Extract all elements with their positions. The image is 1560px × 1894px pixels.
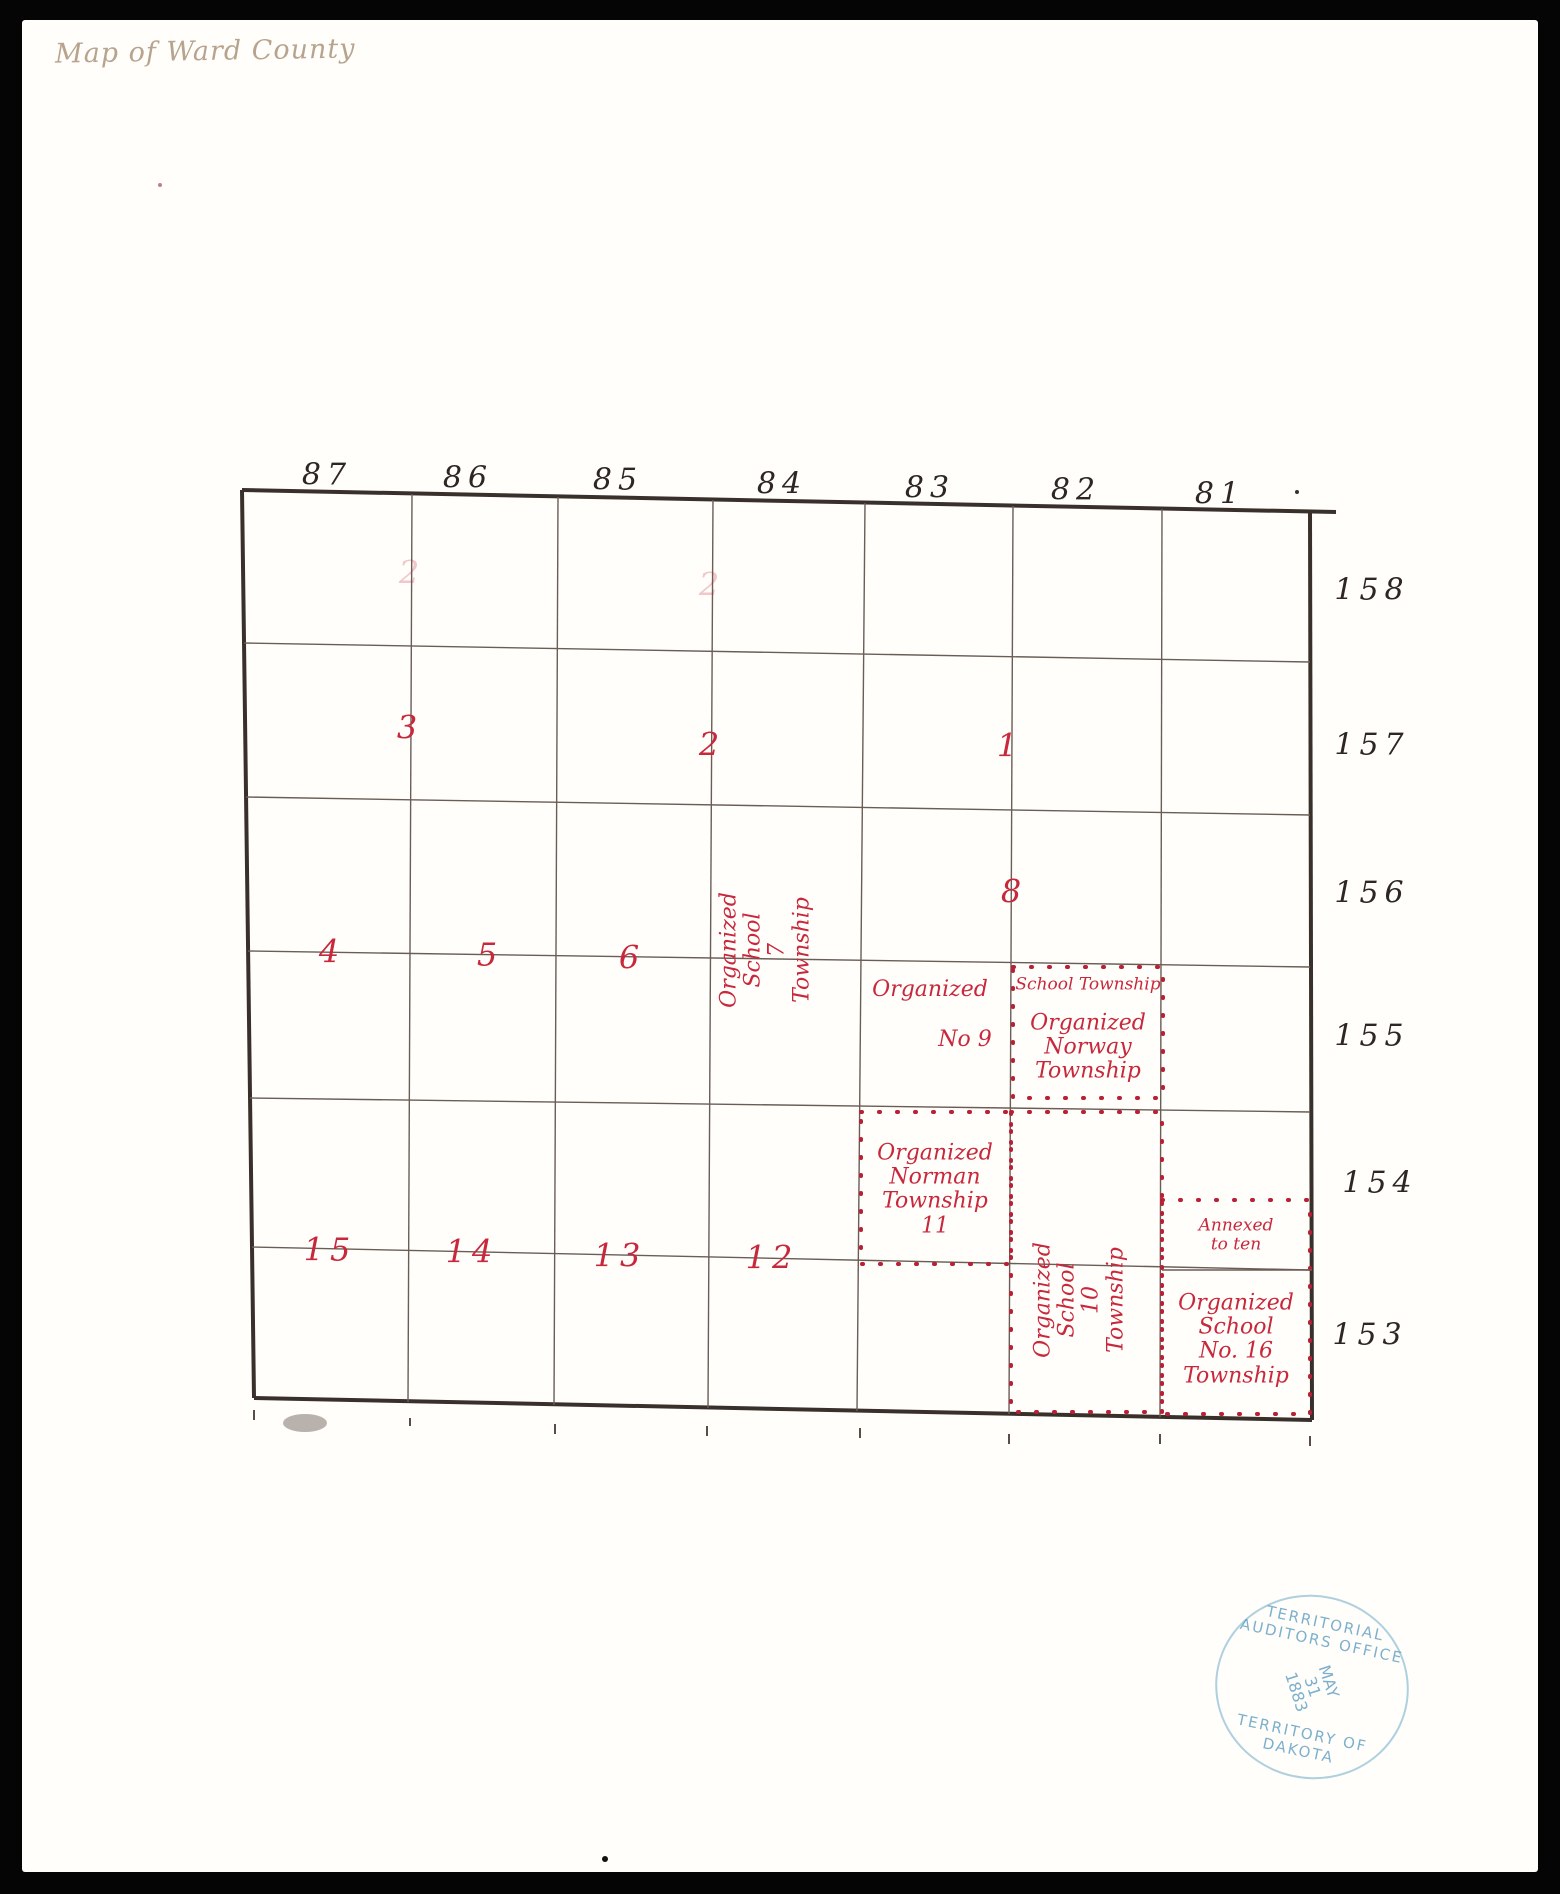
label-line: Township xyxy=(1104,1242,1128,1358)
range-label: 87 xyxy=(302,458,352,493)
grid-bottom-border xyxy=(254,1398,1312,1420)
township-label: 158 xyxy=(1334,573,1409,608)
school-township-label: School Township xyxy=(1015,976,1160,995)
school-10-label: Organized School 10 Township xyxy=(1032,1242,1129,1358)
district-number: 8 xyxy=(1001,874,1027,909)
school-7-label: Organized School 7 Township xyxy=(718,892,815,1008)
township-line xyxy=(244,643,1310,662)
label-line: Township xyxy=(1030,1060,1146,1084)
range-label: 83 xyxy=(905,471,955,506)
range-line xyxy=(857,503,865,1411)
grid-right-border xyxy=(1310,510,1312,1420)
label-line: School xyxy=(1178,1316,1294,1340)
range-label: 85 xyxy=(593,463,643,498)
school-9-line1: Organized xyxy=(872,978,988,1002)
township-label: 155 xyxy=(1334,1019,1409,1054)
township-label: 156 xyxy=(1334,876,1409,911)
label-line: 10 xyxy=(1080,1242,1104,1358)
range-label: 81 xyxy=(1195,477,1245,512)
label-line: School xyxy=(1056,1242,1080,1358)
township-label: 157 xyxy=(1334,728,1409,763)
range-line xyxy=(708,500,713,1408)
district-number: 14 xyxy=(446,1234,499,1269)
faint-district-mark: 2 xyxy=(699,567,725,602)
school-16-label: Organized School No. 16 Township xyxy=(1178,1292,1294,1389)
grid-left-border xyxy=(242,490,254,1398)
label-line: Organized xyxy=(718,892,742,1008)
district-number: 5 xyxy=(477,937,503,972)
stamp-date: MAY 31 1883 xyxy=(1282,1660,1343,1714)
label-line: School xyxy=(742,892,766,1008)
range-label: 84 xyxy=(757,467,807,502)
district-number: 12 xyxy=(746,1240,799,1275)
label-line: Organized xyxy=(877,1142,993,1166)
range-line xyxy=(554,497,558,1405)
school-9-line2: No 9 xyxy=(938,1028,992,1052)
label-line: Norman xyxy=(877,1166,993,1190)
township-line xyxy=(246,797,1310,815)
label-line: No. 16 xyxy=(1178,1340,1294,1364)
district-number: 15 xyxy=(304,1232,357,1267)
label-line: Annexed xyxy=(1199,1216,1274,1235)
district-number: 2 xyxy=(699,727,725,762)
range-line xyxy=(1160,509,1162,1417)
ink-smudge xyxy=(283,1414,327,1432)
label-line: Township xyxy=(790,892,814,1008)
district-number: 13 xyxy=(594,1238,647,1273)
label-line: Township xyxy=(1178,1364,1294,1388)
norway-township-label: Organized Norway Township xyxy=(1030,1012,1146,1085)
annexed-label: Annexed to ten xyxy=(1199,1216,1274,1253)
range-line xyxy=(408,494,412,1402)
label-line: Organized xyxy=(1032,1242,1056,1358)
faint-district-mark: 2 xyxy=(399,555,425,590)
district-number: 4 xyxy=(319,934,345,969)
range-label: 86 xyxy=(443,461,493,496)
label-line: 11 xyxy=(877,1214,993,1238)
label-line: Township xyxy=(877,1190,993,1214)
township-label: 154 xyxy=(1342,1166,1417,1201)
district-number: 3 xyxy=(397,710,423,745)
label-line: Organized xyxy=(1030,1012,1146,1036)
norman-township-label: Organized Norman Township 11 xyxy=(877,1142,993,1239)
label-line: Organized xyxy=(1178,1292,1294,1316)
label-line: 7 xyxy=(766,892,790,1008)
district-number: 6 xyxy=(619,940,645,975)
label-line: to ten xyxy=(1199,1235,1274,1254)
district-number: 1 xyxy=(997,728,1023,763)
range-label: 82 xyxy=(1051,473,1101,508)
label-line: Norway xyxy=(1030,1036,1146,1060)
township-label: 153 xyxy=(1332,1318,1407,1353)
